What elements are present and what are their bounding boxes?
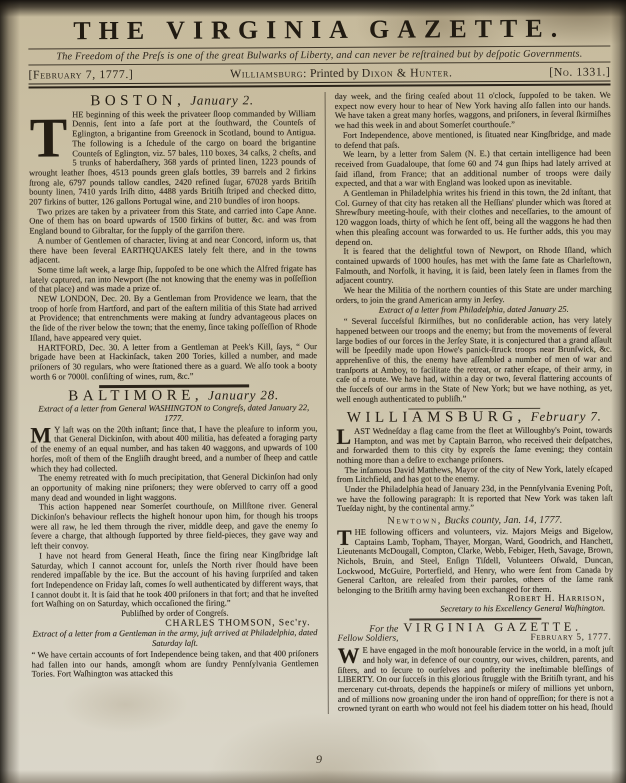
dropcap-w: W <box>337 646 362 665</box>
newtown-heading-place: Newtown, <box>387 515 442 526</box>
newtown-paragraph: THE following officers and volunteers, v… <box>337 526 613 595</box>
address-date: February 5, 1777. <box>530 634 611 644</box>
page-signature-mark: 9 <box>316 752 322 767</box>
dateline: [February 7, 1777.] Williamsburg: Printe… <box>28 64 610 82</box>
washington-letter-subhead: Extract of a letter from General WASHING… <box>30 403 317 424</box>
boston-heading-city: BOSTON, <box>90 93 185 109</box>
salem-paragraph: We learn, by a letter from Salem (N. E.)… <box>335 149 611 189</box>
baltimore-heading-city: BALTIMORE, <box>68 387 203 404</box>
imprint-printed-by: Printed by <box>307 66 362 80</box>
baltimore-paragraph-3: This action happened near Somerſet court… <box>31 501 318 551</box>
dropcap-t: T <box>29 110 73 165</box>
imprint-place: Williamsburg: <box>230 66 307 80</box>
boston-heading-date: January 2. <box>190 92 254 107</box>
baltimore-heading: BALTIMORE,January 28. <box>30 390 317 403</box>
imprint-printers: Dixon & Hunter. <box>362 65 453 79</box>
imprint: Williamsburg: Printed by Dixon & Hunter. <box>230 65 452 81</box>
baltimore-heading-date: January 28. <box>208 387 279 402</box>
williamsburg-paragraph-1: LAST Wedneſday a flag came from the flee… <box>336 425 612 465</box>
newspaper-page: THE VIRGINIA GAZETTE. The Freedom of the… <box>0 0 626 783</box>
right-column: day week, and the firing ceaſed about 11… <box>325 90 614 714</box>
baltimore-paragraph-1-text: Y laſt was on the 20th inſtant; ſince th… <box>30 423 317 473</box>
williamsburg-heading: WILLIAMSBURG,February 7. <box>336 412 612 425</box>
gentleman-letter-subhead: Extract of a letter from a Gentleman in … <box>31 628 318 649</box>
baltimore-paragraph-1: MY laſt was on the 20th inſtant; ſince t… <box>30 424 317 474</box>
boston-paragraph-1-text: HE beginning of this week the privateer … <box>29 108 316 207</box>
boston-paragraph-4: Some time laſt week, a large ſhip, ſuppo… <box>29 264 316 295</box>
gazette-heading-title: VIRGINIA GAZETTE. <box>403 619 581 634</box>
skirmishes-paragraph: “ Several ſucceſsful ſkirmiſhes, but no … <box>336 316 612 405</box>
boston-paragraph-3: A number of Gentlemen of character, livi… <box>29 235 316 266</box>
newtown-paragraph-text: HE following officers and volunteers, vi… <box>337 525 613 595</box>
address-paragraph: WE have engaged in the moſt honourable ſ… <box>337 645 613 714</box>
boston-paragraph-1: THE beginning of this week the privateer… <box>29 109 317 208</box>
gazette-heading-pre: For the <box>369 623 398 634</box>
issue-number: [No. 1331.] <box>549 64 610 79</box>
baltimore-paragraph-2: The enemy retreated with ſo much precipi… <box>31 472 318 503</box>
militia-paragraph: We hear the Militia of the northern coun… <box>336 285 612 306</box>
left-column: BOSTON,January 2. THE beginning of this … <box>29 92 328 716</box>
williamsburg-heading-date: February 7. <box>531 409 602 424</box>
baltimore-paragraph-5: “ We have certain accounts of fort Indep… <box>31 649 318 680</box>
paper-title: THE VIRGINIA GAZETTE. <box>28 13 610 46</box>
williamsburg-heading-city: WILLIAMSBURG, <box>347 409 526 426</box>
philadelphia-gentleman-paragraph: A Gentleman in Philadelphia writes his f… <box>335 188 611 248</box>
williamsburg-paragraph-3: Under the Philadelphia head of January 2… <box>337 483 613 514</box>
continuation-paragraph-1: day week, and the firing ceaſed about 11… <box>335 90 611 130</box>
newtown-heading-date: Jan. 14, 1777. <box>504 515 563 526</box>
dropcap-m: M <box>30 425 54 444</box>
fellow-soldiers-salute: Fellow Soldiers, <box>337 635 398 645</box>
baltimore-paragraph-4: I have not heard from General Heath, ſin… <box>31 550 318 610</box>
williamsburg-paragraph-1-text: AST Wedneſday a flag came from the fleet… <box>336 424 612 465</box>
harrison-title: Secretary to his Excellency General Waſh… <box>337 604 613 615</box>
masthead: THE VIRGINIA GAZETTE. The Freedom of the… <box>28 13 610 88</box>
paper-motto: The Freedom of the Preſs is one of the g… <box>28 48 610 62</box>
newport-paragraph: It is feared that the delightful town of… <box>335 246 611 286</box>
hartford-paragraph: HARTFORD, Dec. 30. A letter from a Gentl… <box>30 342 317 382</box>
new-london-paragraph: NEW LONDON, Dec. 20. By a Gentleman from… <box>30 293 317 343</box>
page-content: THE VIRGINIA GAZETTE. The Freedom of the… <box>28 11 614 715</box>
boston-paragraph-2: Two prizes are taken by a privateer from… <box>29 206 316 237</box>
columns: BOSTON,January 2. THE beginning of this … <box>29 90 614 715</box>
dropcap-l: L <box>336 427 354 446</box>
address-paragraph-text: E have engaged in the moſt honourable ſe… <box>338 644 614 714</box>
boston-heading: BOSTON,January 2. <box>29 95 316 108</box>
newtown-heading-county: Bucks county, <box>444 515 501 526</box>
dropcap-t2: T <box>337 528 355 547</box>
issue-date: [February 7, 1777.] <box>28 67 133 83</box>
